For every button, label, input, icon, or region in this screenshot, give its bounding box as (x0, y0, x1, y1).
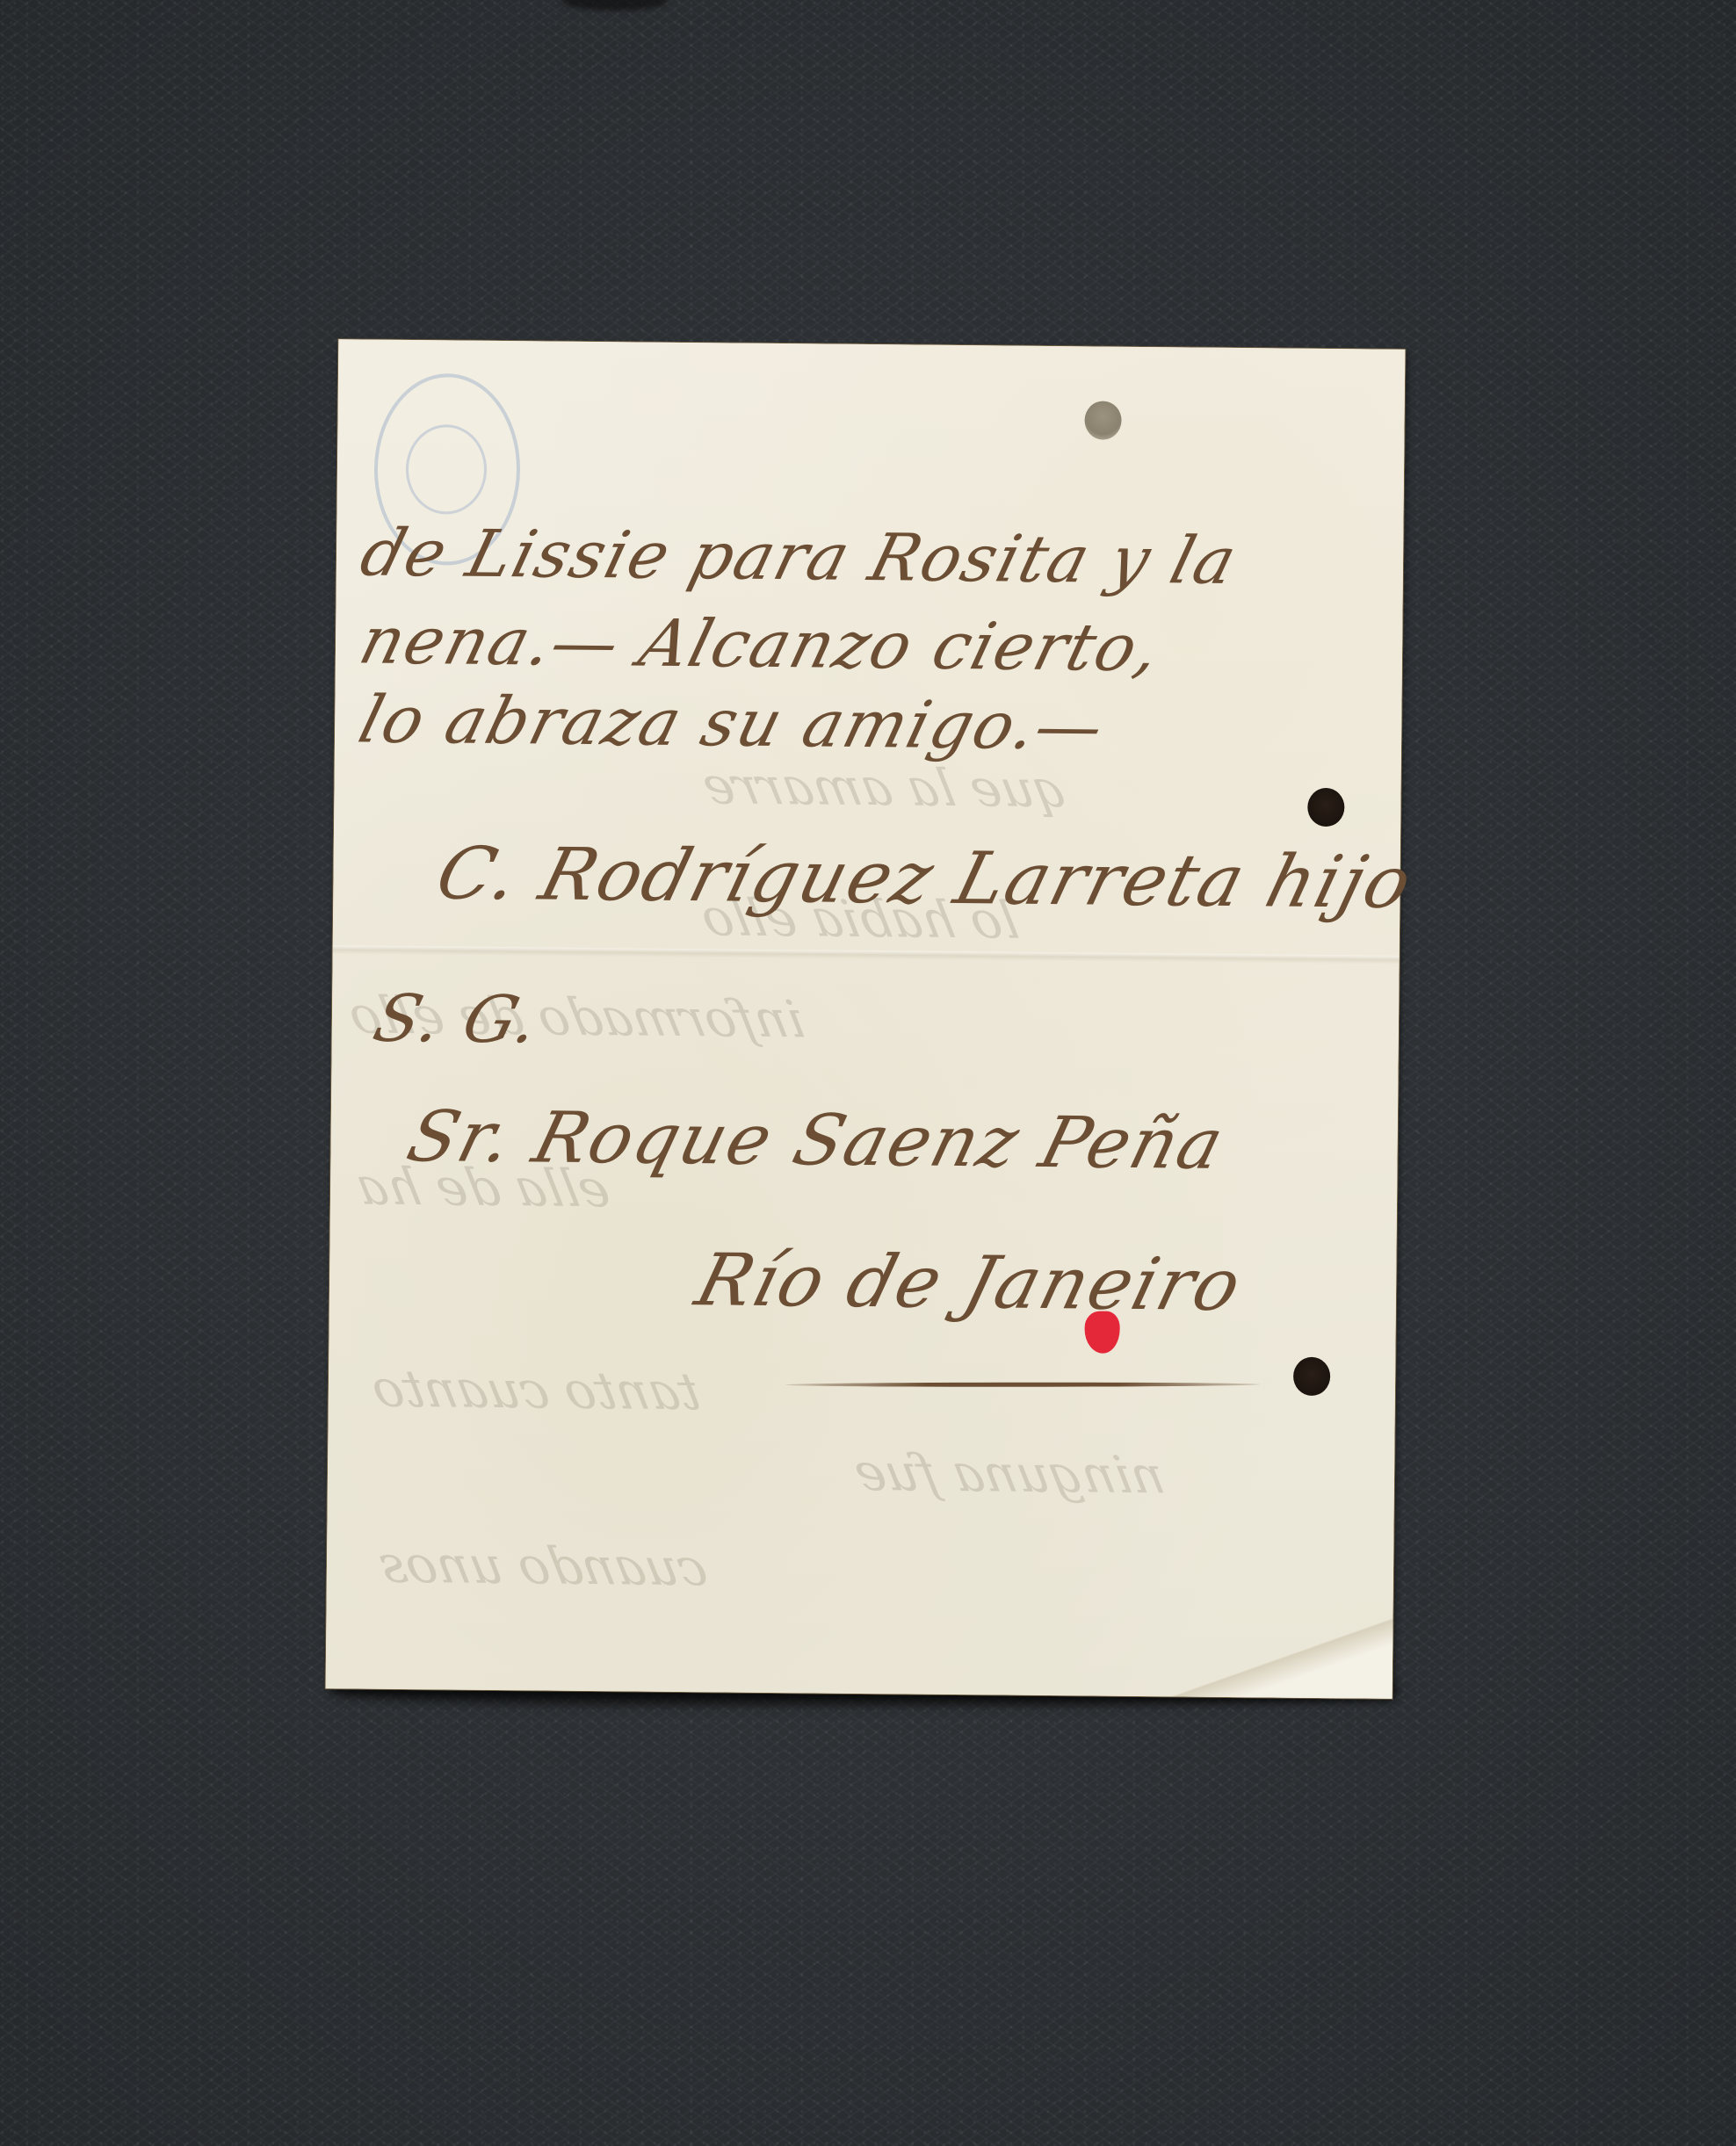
letter-line-2: nena.— Alcanzo cierto, (352, 603, 1169, 687)
signature: C. Rodríguez Larreta hijo (428, 832, 1421, 924)
bleed-through-text: ninguna fue (849, 1442, 1169, 1506)
punch-hole-middle (1307, 788, 1344, 827)
flourish-underline (785, 1383, 1260, 1387)
shadow-mark (562, 0, 668, 11)
initials: S. G. (366, 981, 548, 1059)
bleed-through-text: tanto cuanto (366, 1359, 705, 1422)
place-name: Río de Janeiro (688, 1239, 1251, 1327)
stamp-inner-circle (405, 424, 487, 515)
punch-hole-top (1084, 401, 1121, 439)
addressee: Sr. Roque Saenz Peña (400, 1095, 1233, 1185)
bleed-through-text: que la amarre (698, 755, 1073, 819)
letter-line-3: lo abraza su amigo.— (351, 683, 1113, 765)
stamp-ring-text (379, 384, 517, 386)
letter-line-1: de Lissie para Rosita y la (353, 516, 1246, 599)
corner-crease (1164, 1600, 1393, 1698)
red-wax-drop (1084, 1311, 1119, 1353)
punch-hole-bottom (1293, 1357, 1330, 1396)
letter-sheet: que la amarre lo habia ello informado de… (326, 339, 1406, 1699)
bleed-through-text: cuando unos (373, 1535, 712, 1598)
